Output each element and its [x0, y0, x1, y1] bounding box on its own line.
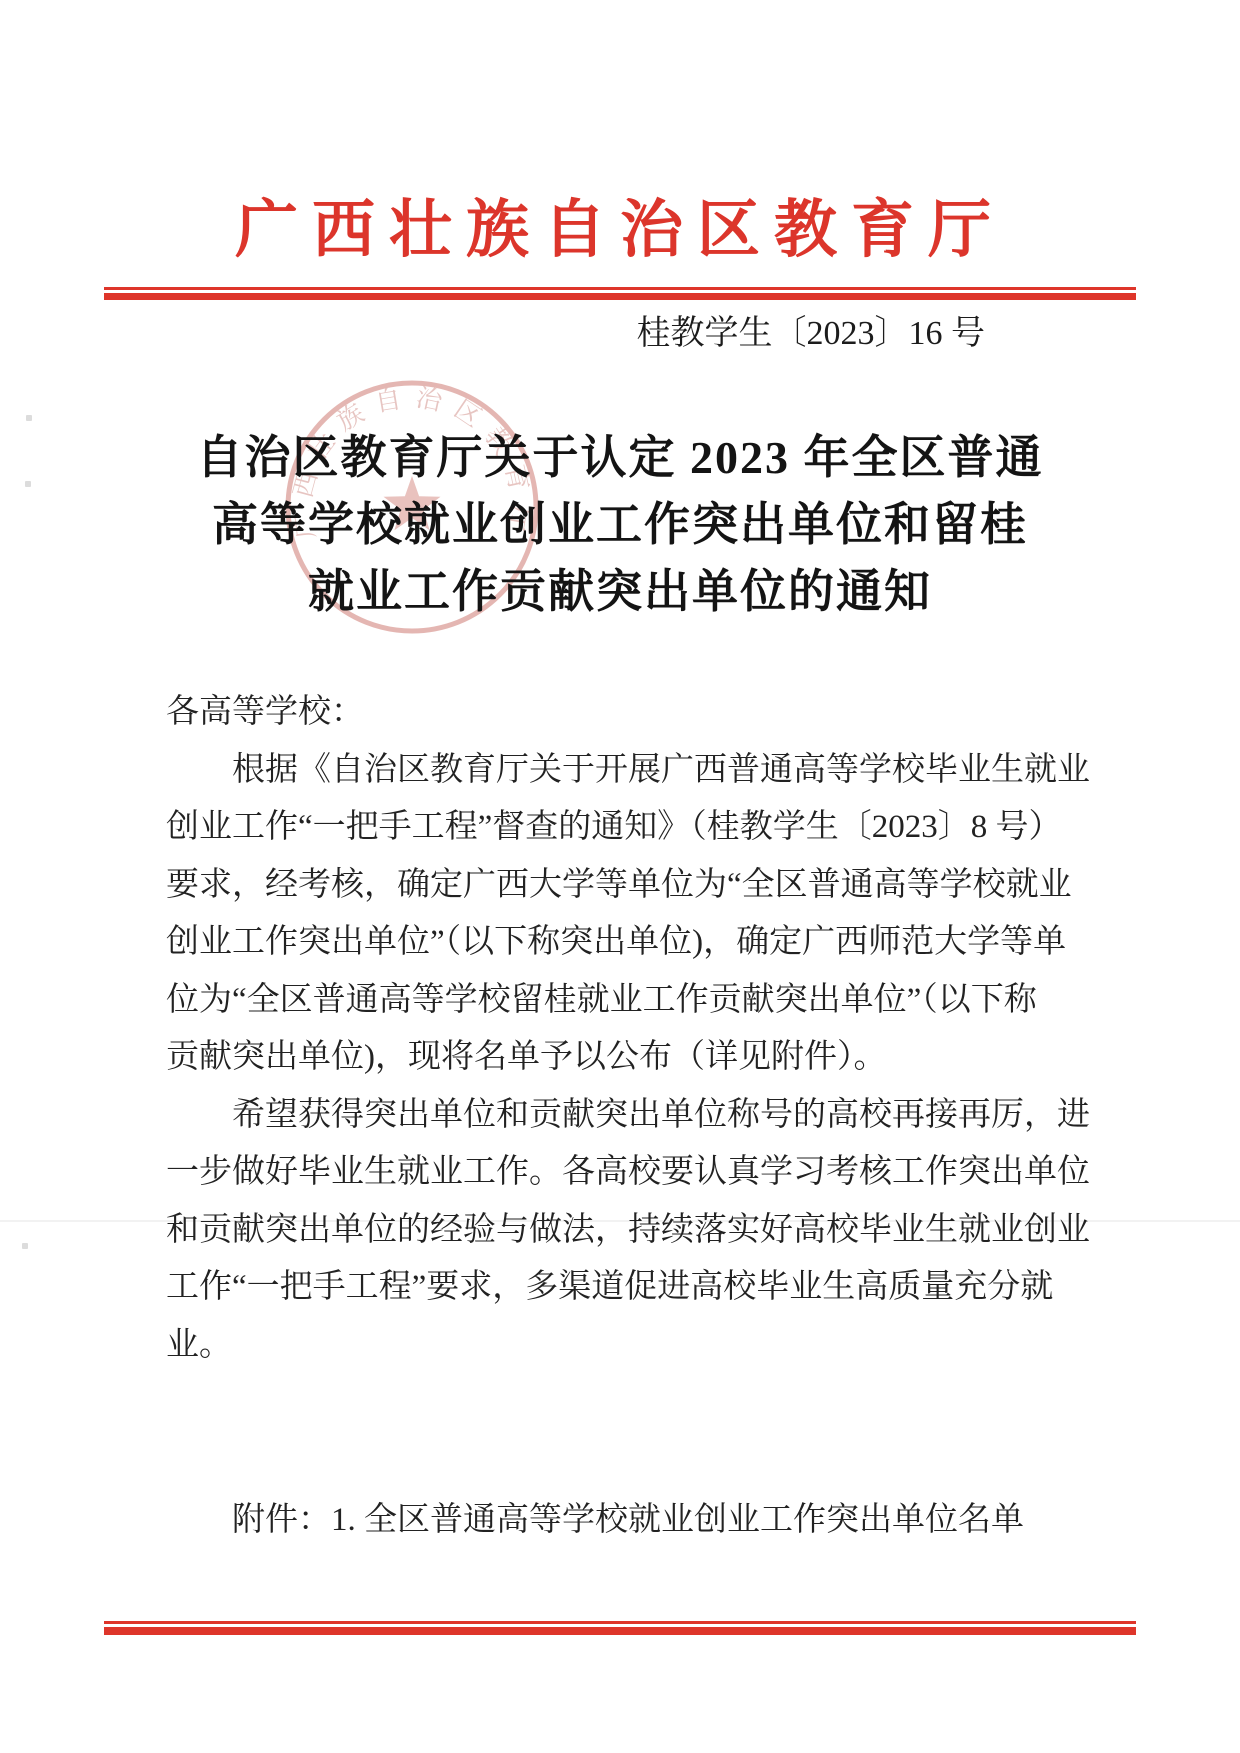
document-title-line: 自治区教育厅关于认定 2023 年全区普通: [0, 424, 1240, 491]
document-title-line: 就业工作贡献突出单位的通知: [0, 558, 1240, 625]
letterhead-org-name: 广西壮族自治区教育厅: [0, 194, 1240, 266]
body-line: 要求，经考核，确定广西大学等单位为“全区普通高等学校就业: [166, 857, 1096, 915]
body-line: 创业工作突出单位”（以下称突出单位)，确定广西师范大学等单: [166, 914, 1096, 972]
footer-rule: [104, 1621, 1136, 1635]
body-line: 创业工作“一把手工程”督查的通知》（桂教学生〔2023〕8 号）: [166, 799, 1096, 857]
body-line: 根据《自治区教育厅关于开展广西普通高等学校毕业生就业: [166, 742, 1096, 800]
body-line: 希望获得突出单位和贡献突出单位称号的高校再接再厉，进: [166, 1087, 1096, 1145]
body-line: 一步做好毕业生就业工作。各高校要认真学习考核工作突出单位: [166, 1144, 1096, 1202]
document-number: 桂教学生〔2023〕16 号: [637, 312, 1240, 356]
header-rule: [104, 287, 1136, 300]
attachment-line: 附件：1. 全区普通高等学校就业创业工作突出单位名单: [166, 1492, 1096, 1550]
document-title: 自治区教育厅关于认定 2023 年全区普通 高等学校就业创业工作突出单位和留桂 …: [0, 424, 1240, 625]
header-rule-thick-line: [104, 293, 1136, 300]
body-line: 业。: [166, 1317, 1096, 1375]
body-line: 贡献突出单位)，现将名单予以公布（详见附件）。: [166, 1029, 1096, 1087]
scan-artifact: [22, 1243, 28, 1249]
footer-rule-thick-line: [104, 1627, 1136, 1635]
scan-artifact: [26, 415, 32, 421]
body-line: 位为“全区普通高等学校留桂就业工作贡献突出单位”（以下称: [166, 972, 1096, 1030]
document-page: 广西壮族自治区教育厅 桂教学生〔2023〕16 号 广西壮族自治区教育厅 自治区…: [0, 0, 1240, 1753]
body-line: 和贡献突出单位的经验与做法，持续落实好高校毕业生就业创业: [166, 1202, 1096, 1260]
document-body: 各高等学校： 根据《自治区教育厅关于开展广西普通高等学校毕业生就业 创业工作“一…: [166, 684, 1096, 1374]
body-line: 工作“一把手工程”要求，多渠道促进高校毕业生高质量充分就: [166, 1259, 1096, 1317]
salutation-line: 各高等学校：: [166, 684, 1096, 742]
document-title-line: 高等学校就业创业工作突出单位和留桂: [0, 491, 1240, 558]
